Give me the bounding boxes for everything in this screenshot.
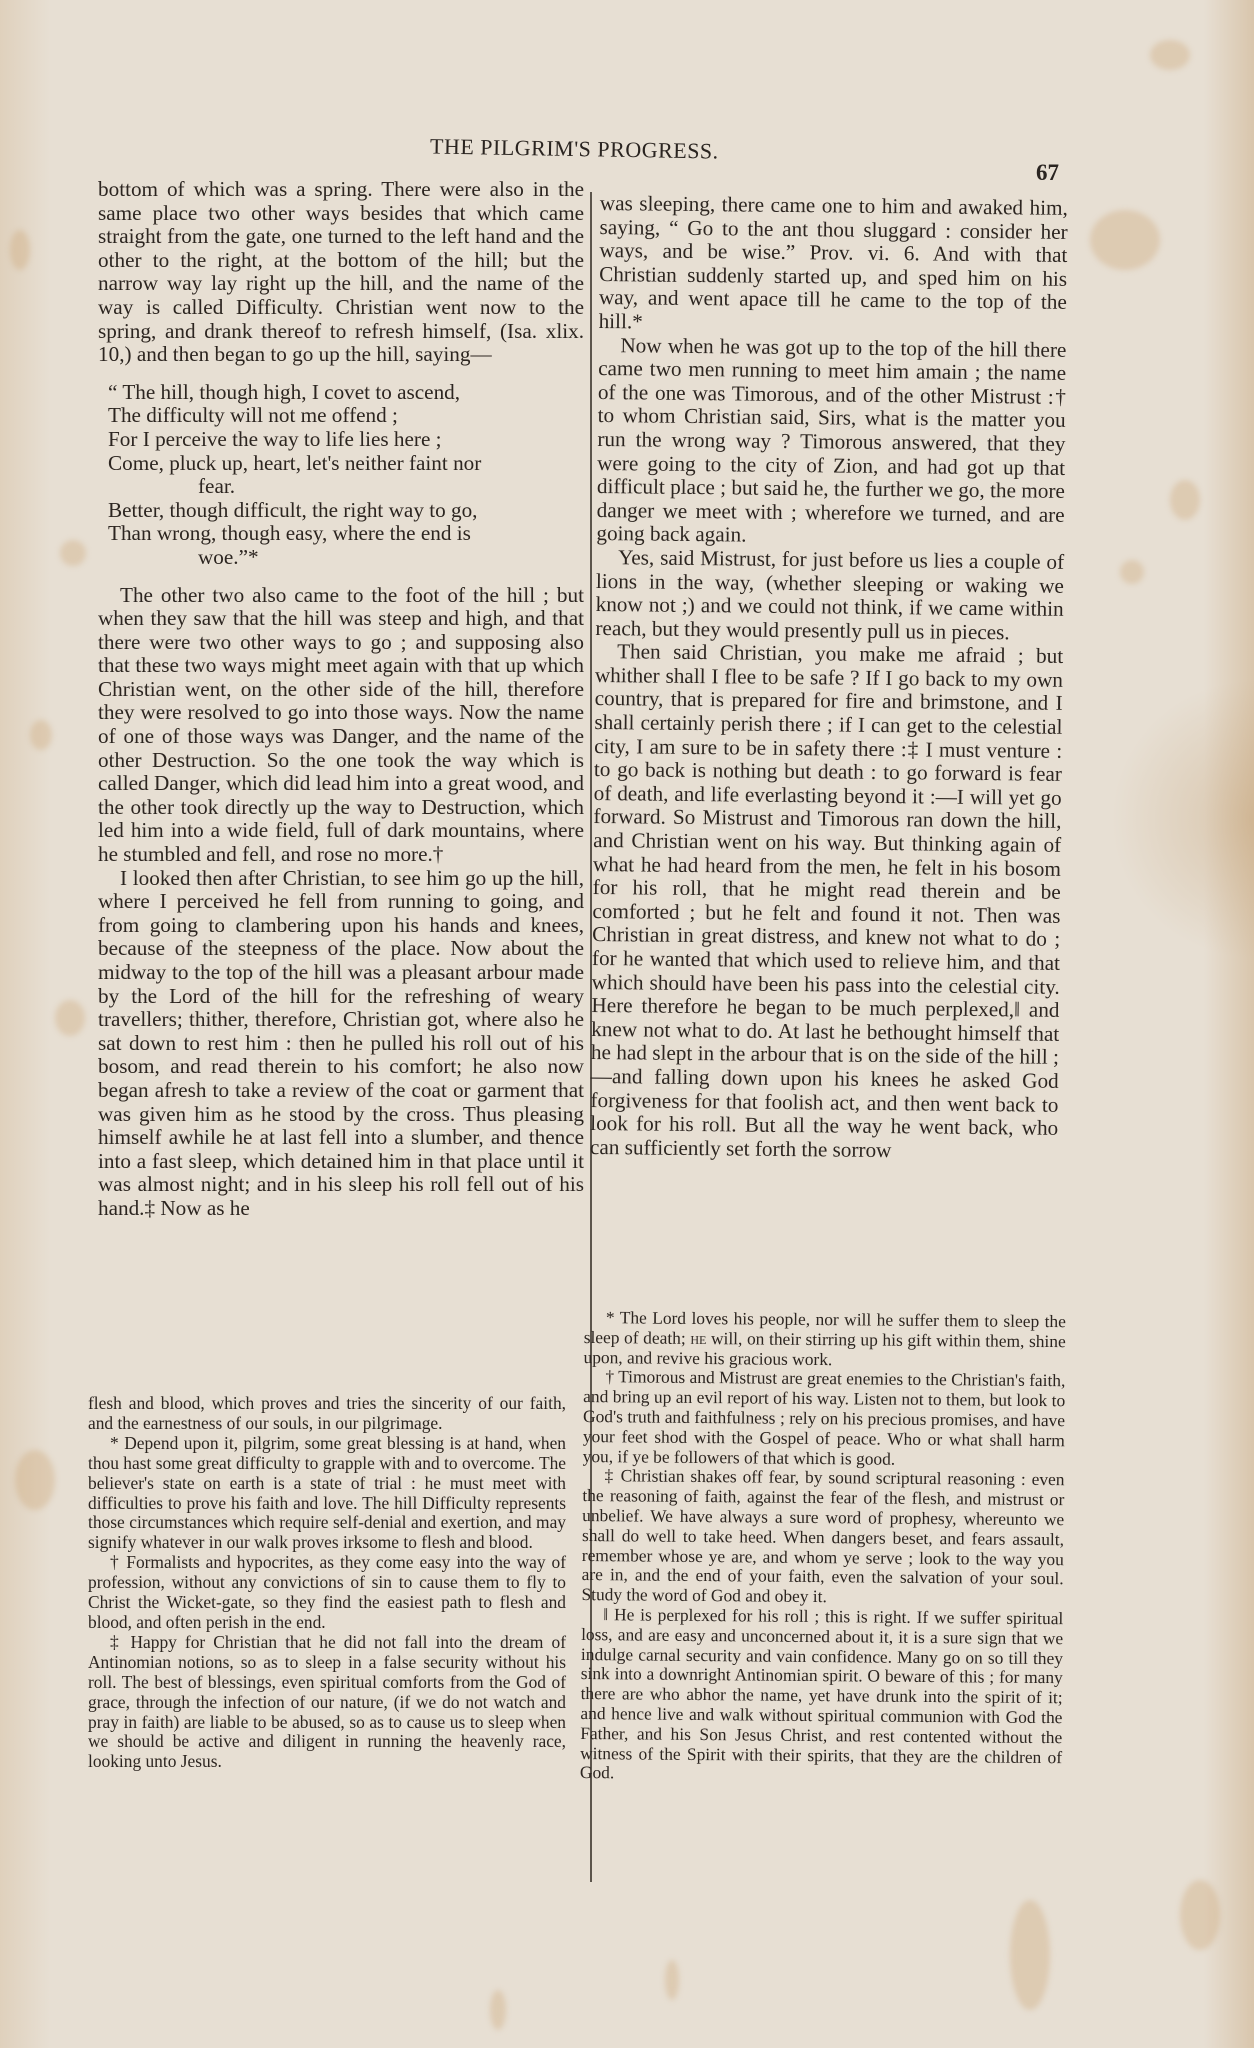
footnote-asterisk: * Depend upon it, pilgrim, some great bl…: [88, 1434, 566, 1553]
foxing-stain: [490, 1990, 506, 2030]
paragraph: The other two also came to the foot of t…: [98, 584, 584, 867]
page-number: 67: [1036, 160, 1059, 186]
footnote-dagger: † Timorous and Mistrust are great enemie…: [583, 1367, 1066, 1470]
verse-line: woe.”*: [108, 546, 584, 570]
footnote-asterisk: * The Lord loves his people, nor will he…: [583, 1308, 1065, 1372]
foxing-stain: [10, 230, 30, 270]
verse-line: The difficulty will not me offend ;: [108, 404, 584, 428]
foxing-stain: [60, 540, 86, 566]
foxing-stain: [1150, 40, 1190, 70]
paragraph: bottom of which was a spring. There were…: [98, 178, 584, 367]
foxing-stain: [1010, 1900, 1050, 2010]
footnote-double-dagger: ‡ Happy for Christian that he did not fa…: [88, 1633, 566, 1772]
verse-line: Come, pluck up, heart, let's neither fai…: [108, 452, 584, 476]
foxing-stain: [15, 1450, 55, 1510]
foxing-stain: [1120, 560, 1144, 584]
paragraph: Now when he was got up to the top of the…: [596, 334, 1066, 551]
footnote-double-dagger: ‡ Christian shakes off fear, by sound sc…: [581, 1466, 1064, 1609]
foxing-stain: [1180, 1880, 1220, 1950]
foxing-stain: [30, 720, 52, 750]
footnotes-right: * The Lord loves his people, nor will he…: [580, 1308, 1066, 1787]
footnotes-left: flesh and blood, which proves and tries …: [88, 1394, 566, 1772]
foxing-stain: [55, 1000, 85, 1036]
paragraph: was sleeping, there came one to him and …: [599, 192, 1068, 338]
verse-line: fear.: [108, 475, 584, 499]
paragraph: I looked then after Christian, to see hi…: [98, 867, 584, 1221]
foxing-stain: [665, 1960, 679, 2000]
footnote-continuation: flesh and blood, which proves and tries …: [88, 1394, 566, 1434]
left-column: bottom of which was a spring. There were…: [98, 178, 584, 1221]
paragraph: Then said Christian, you make me afraid …: [590, 640, 1063, 1164]
footnote-dagger: † Formalists and hypocrites, as they com…: [88, 1553, 566, 1633]
footnote-parallel: ‖ He is perplexed for his roll ; this is…: [580, 1605, 1064, 1787]
paragraph: Yes, said Mistrust, for just before us l…: [595, 546, 1064, 645]
verse: “ The hill, though high, I covet to asce…: [108, 381, 584, 570]
verse-line: “ The hill, though high, I covet to asce…: [108, 381, 584, 405]
foxing-stain: [1090, 210, 1160, 270]
footnote-small-caps: he: [690, 1328, 706, 1348]
verse-line: Better, though difficult, the right way …: [108, 499, 584, 523]
book-page: THE PILGRIM'S PROGRESS. 67 bottom of whi…: [0, 0, 1254, 2048]
verse-line: For I perceive the way to life lies here…: [108, 428, 584, 452]
running-title: THE PILGRIM'S PROGRESS.: [430, 133, 719, 164]
verse-line: Than wrong, though easy, where the end i…: [108, 522, 584, 546]
foxing-stain: [1170, 480, 1200, 520]
right-column: was sleeping, there came one to him and …: [590, 192, 1068, 1164]
